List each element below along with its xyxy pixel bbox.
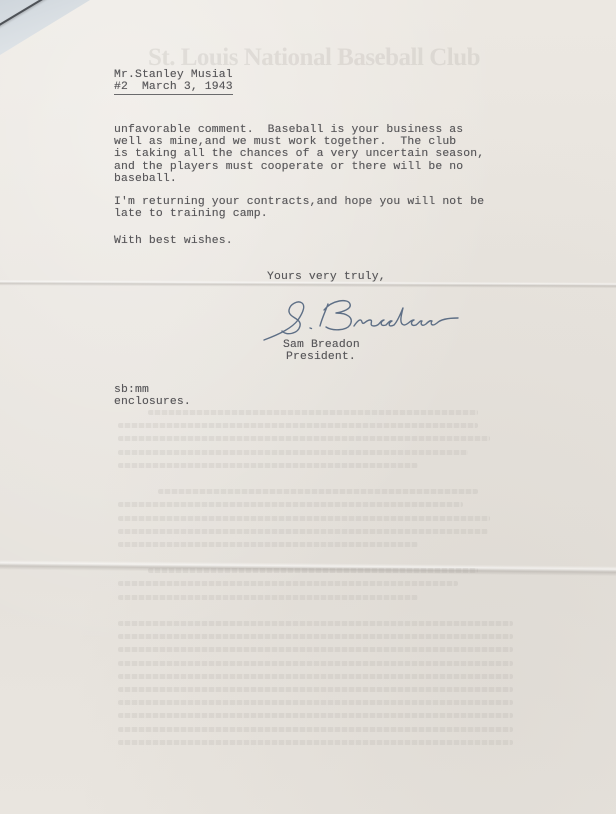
letter-page: St. Louis National Baseball Club Mr.Stan… bbox=[0, 0, 616, 814]
enclosures-note: enclosures. bbox=[114, 396, 191, 408]
body-paragraph-3: With best wishes. bbox=[114, 235, 233, 247]
signer-name: Sam Breadon bbox=[283, 339, 360, 351]
fold-line-upper bbox=[0, 280, 616, 289]
body-paragraph-1: unfavorable comment. Baseball is your bu… bbox=[114, 124, 484, 185]
signer-title: President. bbox=[283, 351, 356, 363]
reference-initials: sb:mm bbox=[114, 384, 149, 396]
bleed-through-text-upper bbox=[118, 410, 518, 753]
addressee-block: Mr.Stanley Musial #2 March 3, 1943 bbox=[114, 69, 233, 95]
page-date-line: #2 March 3, 1943 bbox=[114, 81, 233, 95]
body-paragraph-2: I'm returning your contracts,and hope yo… bbox=[114, 196, 484, 220]
addressee-name: Mr.Stanley Musial bbox=[114, 69, 233, 81]
signer-block: Sam Breadon President. bbox=[283, 339, 360, 363]
letterhead-bleed: St. Louis National Baseball Club bbox=[148, 44, 480, 72]
page-corner-backdrop bbox=[0, 0, 90, 55]
reference-block: sb:mm enclosures. bbox=[114, 384, 191, 408]
signature-icon bbox=[262, 296, 467, 344]
